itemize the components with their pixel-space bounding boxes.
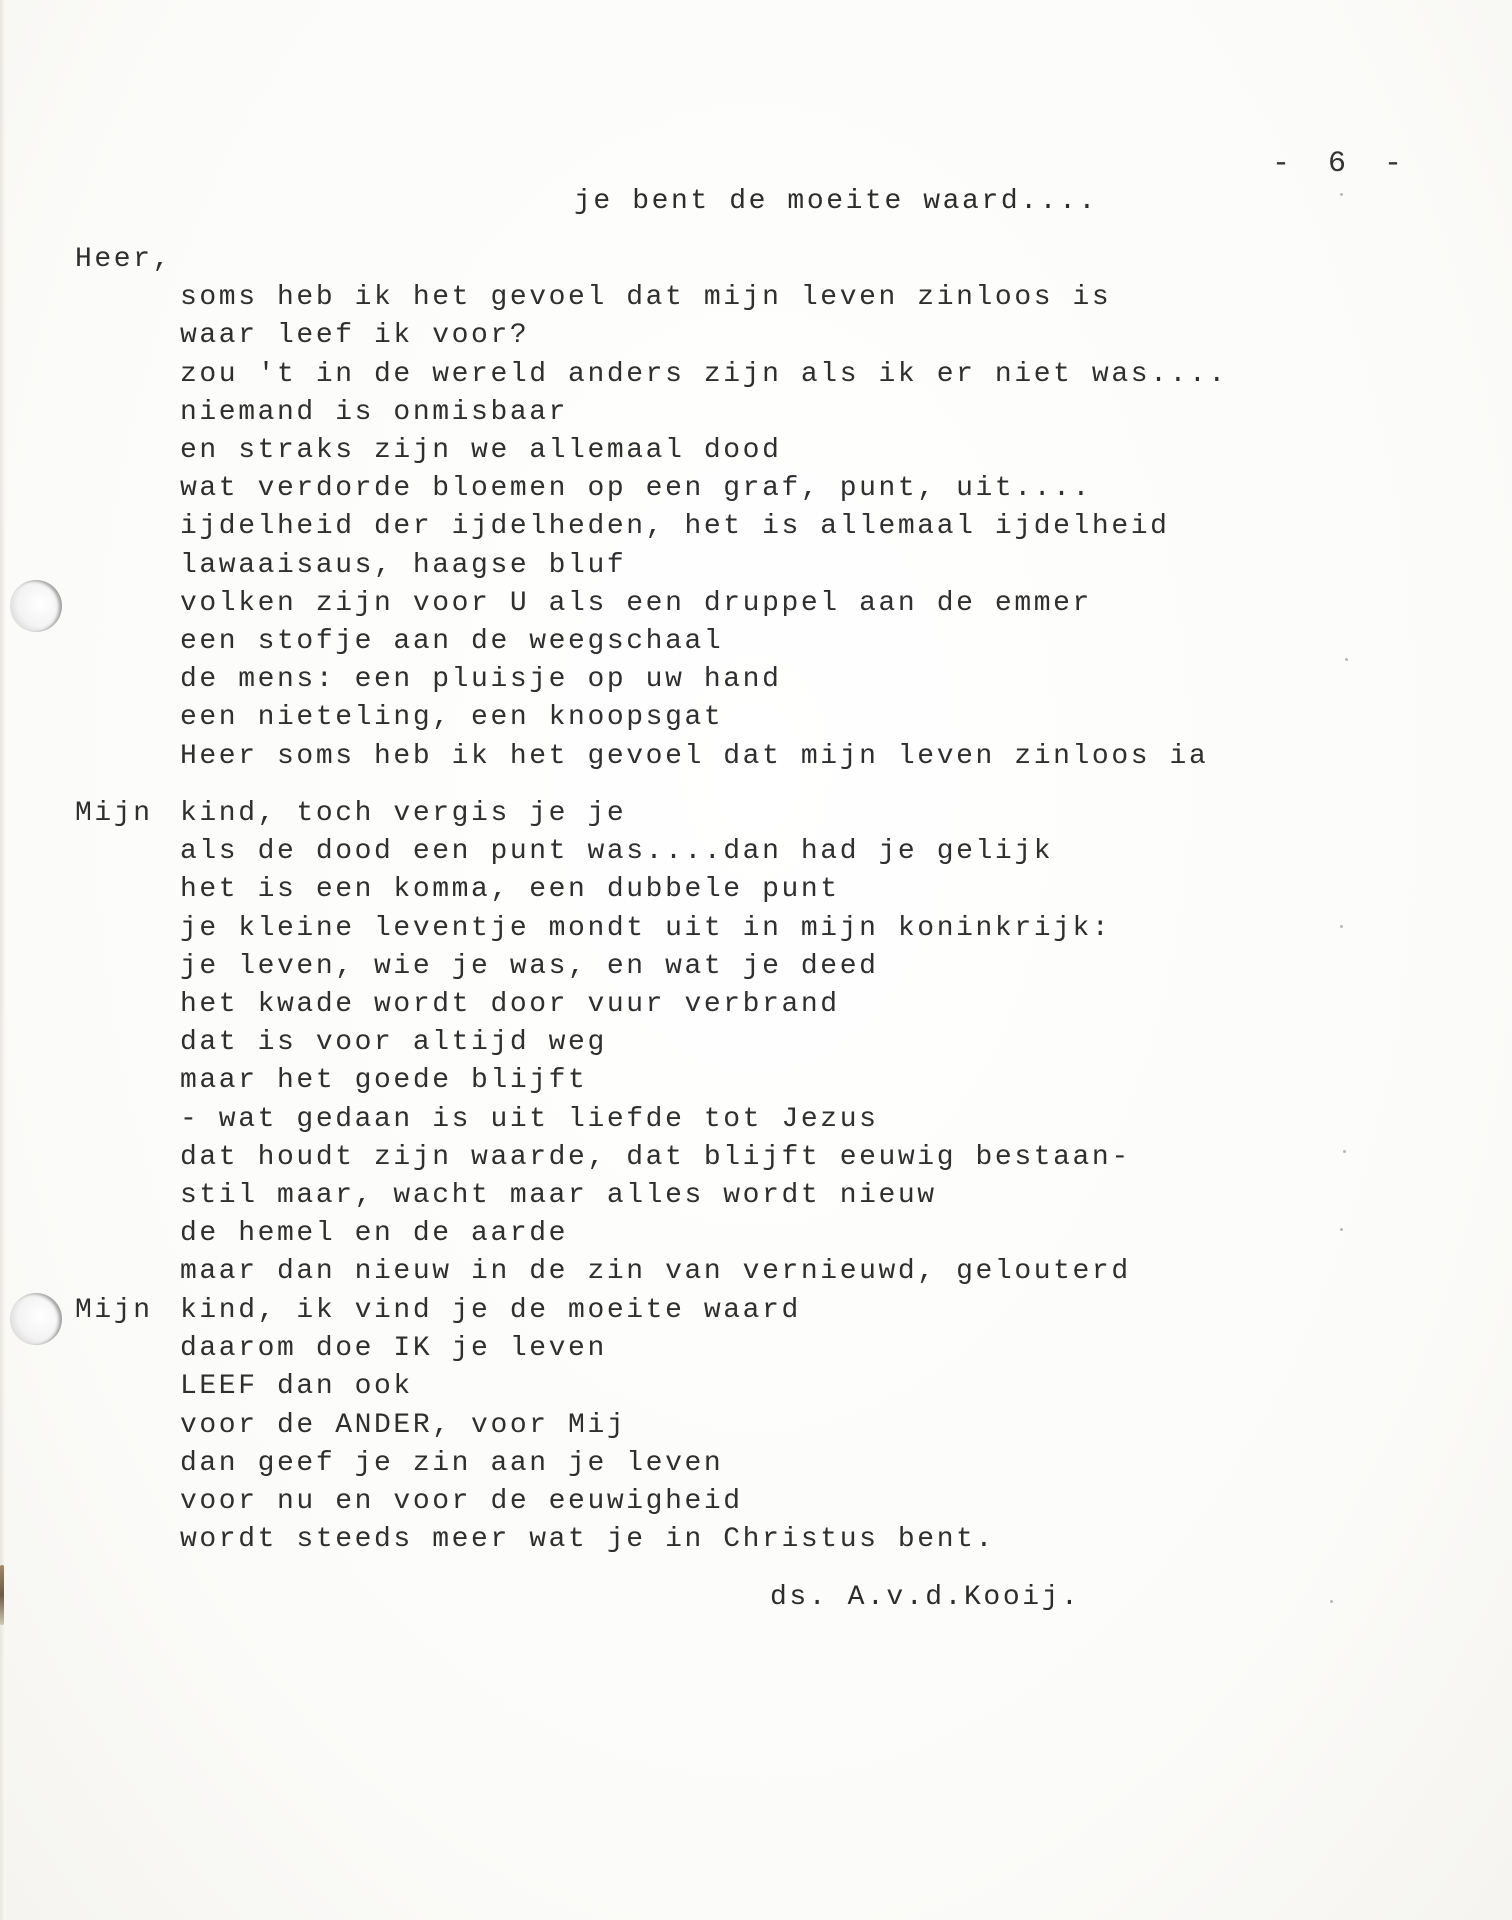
- poem-line: voor nu en voor de eeuwigheid: [180, 1488, 743, 1516]
- poem-line: het kwade wordt door vuur verbrand: [180, 991, 840, 1019]
- author-signature: ds. A.v.d.Kooij.: [770, 1582, 1080, 1613]
- poem-line: als de dood een punt was....dan had je g…: [180, 838, 1053, 866]
- paper-edge: [0, 0, 6, 1920]
- paper-speck: [1343, 1150, 1346, 1153]
- poem-line: - wat gedaan is uit liefde tot Jezus: [180, 1106, 879, 1134]
- paper-speck: [1330, 1600, 1333, 1603]
- poem-line: voor de ANDER, voor Mij: [180, 1412, 626, 1440]
- punch-hole-top: [10, 580, 62, 632]
- poem-line: Heer soms heb ik het gevoel dat mijn lev…: [180, 743, 1208, 771]
- page-number: - 6 -: [1272, 147, 1412, 181]
- poem-line: maar dan nieuw in de zin van vernieuwd, …: [180, 1258, 1131, 1286]
- poem-line: maar het goede blijft: [180, 1067, 587, 1095]
- paper-edge-stain: [0, 1565, 4, 1625]
- poem-line: je leven, wie je was, en wat je deed: [180, 953, 879, 981]
- poem-line: LEEF dan ook: [180, 1373, 413, 1401]
- poem-line: kind, ik vind je de moeite waard: [180, 1297, 801, 1325]
- poem-line: de hemel en de aarde: [180, 1220, 568, 1248]
- poem-line: een stofje aan de weegschaal: [180, 628, 723, 656]
- poem-line: ijdelheid der ijdelheden, het is allemaa…: [180, 513, 1170, 541]
- poem-line: de mens: een pluisje op uw hand: [180, 666, 782, 694]
- poem-line: kind, toch vergis je je: [180, 800, 626, 828]
- poem-line: wordt steeds meer wat je in Christus ben…: [180, 1526, 995, 1554]
- poem-line: daarom doe IK je leven: [180, 1335, 607, 1363]
- poem-line: soms heb ik het gevoel dat mijn leven zi…: [180, 284, 1111, 312]
- poem-line: zou 't in de wereld anders zijn als ik e…: [180, 361, 1228, 389]
- paper-speck: [1340, 925, 1343, 928]
- paper-speck: [1340, 1228, 1343, 1231]
- poem-line: een nieteling, een knoopsgat: [180, 704, 723, 732]
- poem-line: dat houdt zijn waarde, dat blijft eeuwig…: [180, 1144, 1131, 1172]
- typewritten-page: - 6 - je bent de moeite waard.... Heer,s…: [0, 0, 1512, 1920]
- poem-line: wat verdorde bloemen op een graf, punt, …: [180, 475, 1092, 503]
- poem-line: waar leef ik voor?: [180, 322, 529, 350]
- poem-line: niemand is onmisbaar: [180, 399, 568, 427]
- paper-speck: [1345, 658, 1348, 661]
- poem-line: volken zijn voor U als een druppel aan d…: [180, 590, 1092, 618]
- poem-line: dan geef je zin aan je leven: [180, 1450, 723, 1478]
- poem-line: stil maar, wacht maar alles wordt nieuw: [180, 1182, 937, 1210]
- stanza-speaker: Mijn: [75, 1297, 153, 1325]
- stanza-speaker: Heer,: [75, 246, 172, 274]
- poem-line: lawaaisaus, haagse bluf: [180, 552, 626, 580]
- poem-line: je kleine leventje mondt uit in mijn kon…: [180, 915, 1111, 943]
- punch-hole-bottom: [10, 1293, 62, 1345]
- poem-line: het is een komma, een dubbele punt: [180, 876, 840, 904]
- poem-line: en straks zijn we allemaal dood: [180, 437, 782, 465]
- stanza-speaker: Mijn: [75, 800, 153, 828]
- poem-line: dat is voor altijd weg: [180, 1029, 607, 1057]
- paper-speck: [1340, 193, 1343, 196]
- poem-title: je bent de moeite waard....: [574, 186, 1098, 217]
